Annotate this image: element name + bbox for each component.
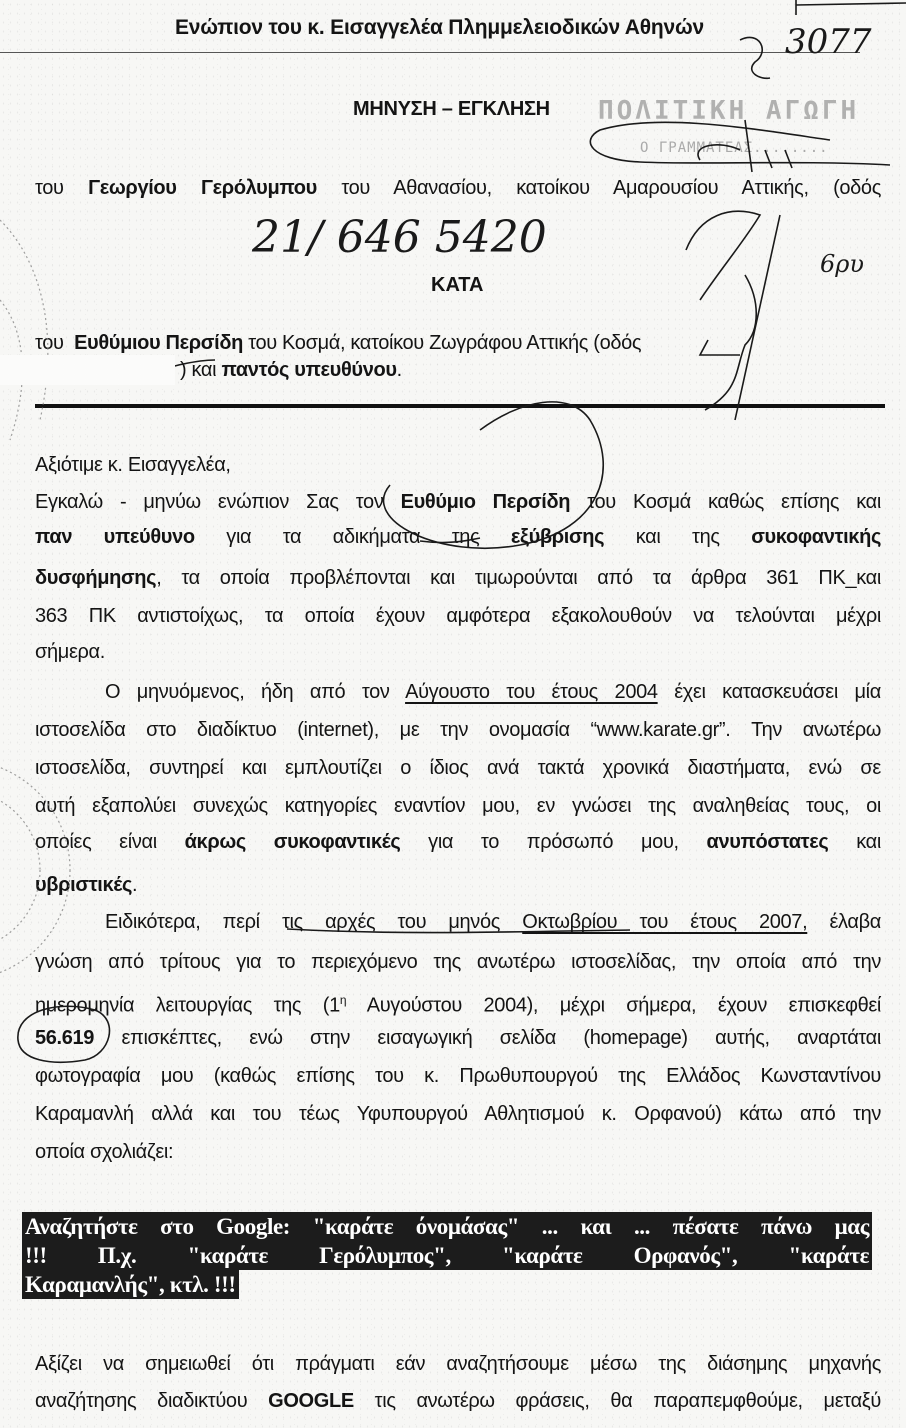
scanned-document-page: Ενώπιον του κ. Εισαγγελέα Πλημμελειοδικώ… [0, 0, 906, 1428]
paragraph-1-line-5: σήμερα. [35, 639, 881, 665]
paragraph-3-line-6: Καραμανλή αλλά και του τέως Υφυπουργού Α… [35, 1101, 881, 1127]
paragraph-2-line-6: υβριστικές. [35, 872, 881, 898]
paragraph-3-line-2: γνώση από τρίτους για το περιεχόμενο της… [35, 949, 881, 975]
paragraph-1-line-3: δυσφήμησης, τα οποία προβλέπονται και τι… [35, 565, 881, 591]
visitor-count: 56.619 [35, 1027, 94, 1049]
paragraph-2-line-4: αυτή εξαπολύει συνεχώς κατηγορίες εναντί… [35, 793, 881, 819]
salutation: Αξιότιμε κ. Εισαγγελέα, [35, 452, 881, 478]
complainant-line: του Γεωργίου Γερόλυμπου του Αθανασίου, κ… [35, 175, 881, 201]
redacted-address [0, 355, 175, 385]
paragraph-1-line-4: 363 ΠΚ αντιστοίχως, τα οποία έχουν αμφότ… [35, 603, 881, 629]
document-title: ΜΗΝΥΣΗ – ΕΓΚΛΗΣΗ [353, 98, 550, 121]
handwritten-side-note: 6ρυ [820, 250, 864, 278]
court-header: Ενώπιον του κ. Εισαγγελέα Πλημμελειοδικώ… [175, 16, 704, 40]
paragraph-2-line-2: ιστοσελίδα στο διαδίκτυο (internet), με … [35, 717, 881, 743]
court-stamp: ΠΟΛΙΤΙΚΗ ΑΓΩΓΗ [598, 96, 859, 126]
redacted-address-2 [0, 210, 240, 238]
handwritten-case-number: 21/ 646 5420 [252, 212, 547, 263]
paragraph-3-line-7: οποία σχολιάζει: [35, 1139, 881, 1165]
defendant-line: του Ευθύμιου Περσίδη του Κοσμά, κατοίκου… [35, 330, 755, 356]
quoted-website-banner: Αναζητήστε στο Google: "καράτε όνομάσας"… [22, 1212, 872, 1299]
paragraph-4-line-1: Αξίζει να σημειωθεί ότι πράγματι εάν ανα… [35, 1351, 881, 1377]
header-rule [0, 52, 860, 53]
defendant-line-2: ) και παντός υπευθύνου. [180, 357, 580, 383]
paragraph-3-line-1: Ειδικότερα, περί τις αρχές του μηνός Οκτ… [105, 909, 881, 935]
handwritten-page-number: 3077 [785, 22, 872, 62]
complainant-name: Γεωργίου Γερόλυμπου [88, 177, 317, 199]
court-stamp-subtext: Ο ΓΡΑΜΜΑΤΕΑΣ........ [640, 140, 829, 156]
section-divider [35, 404, 885, 408]
paragraph-3-line-4: 56.619 επισκέπτες, ενώ στην εισαγωγική σ… [35, 1025, 881, 1051]
defendant-name: Ευθύμιου Περσίδη [74, 332, 243, 354]
paragraph-4-line-2: αναζήτησης διαδικτύου GOOGLE τις ανωτέρω… [35, 1388, 881, 1414]
paragraph-3-line-3: ημερομηνία λειτουργίας της (1η Αυγούστου… [35, 987, 881, 1019]
paragraph-2-line-1: Ο μηνυόμενος, ήδη από τον Αύγουστο του έ… [105, 679, 881, 705]
paragraph-2-line-5: οποίες είναι άκρως συκοφαντικές για το π… [35, 829, 881, 855]
paragraph-1-line-1: Εγκαλώ - μηνύω ενώπιον Σας τον Ευθύμιο Π… [35, 489, 881, 515]
paragraph-1-line-2: παν υπεύθυνο για τα αδικήματα της εξύβρι… [35, 524, 881, 550]
paragraph-2-line-3: ιστοσελίδα, συντηρεί και εμπλουτίζει ο ί… [35, 755, 881, 781]
paragraph-3-line-5: φωτογραφία μου (καθώς επίσης του κ. Πρωθ… [35, 1063, 881, 1089]
against-label: ΚΑΤΑ [431, 274, 483, 297]
